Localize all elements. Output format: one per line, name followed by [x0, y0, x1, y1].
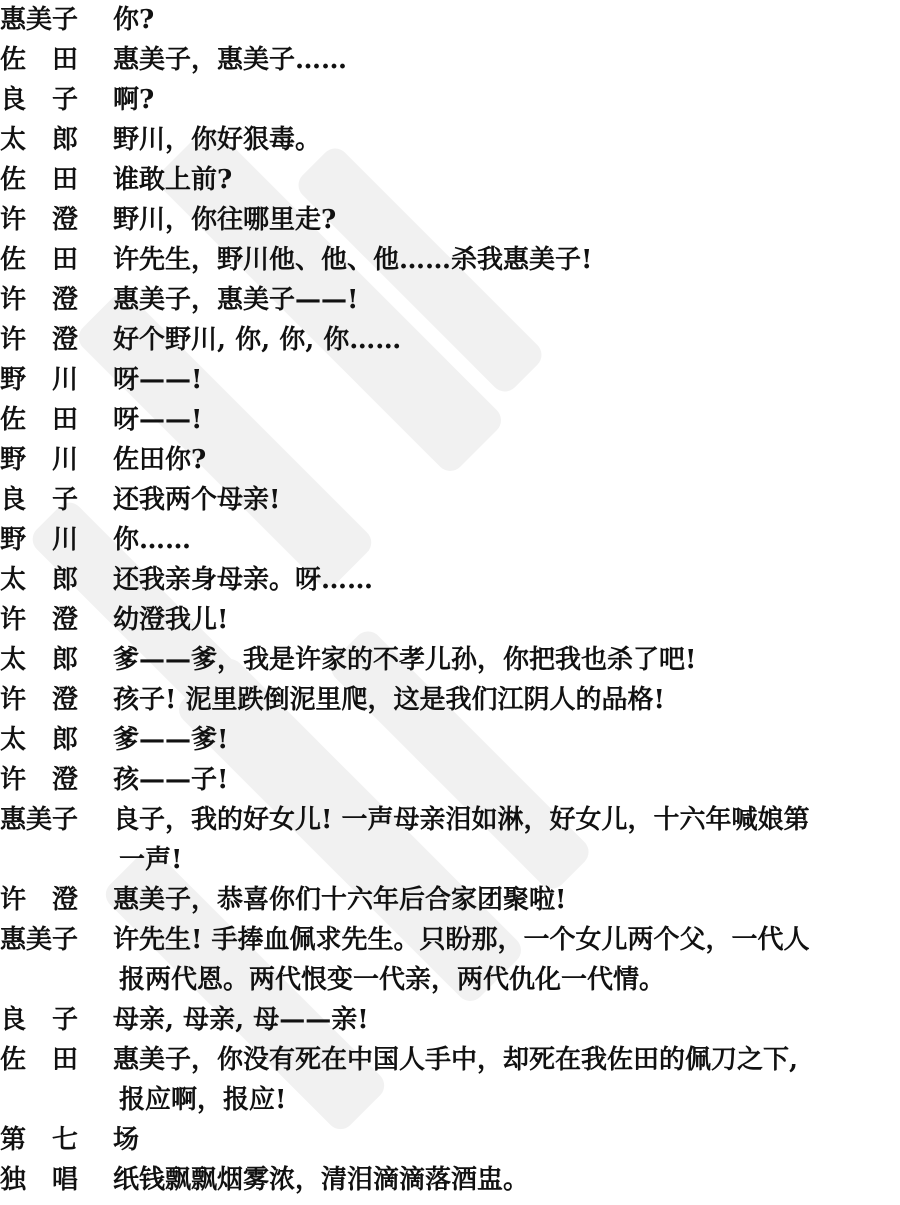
- dialogue-text: 良子，我的好女儿! 一声母亲泪如淋，好女儿，十六年喊娘第: [113, 805, 809, 835]
- speaker-name: 野 川: [0, 360, 113, 400]
- dialogue-text-continuation: 报两代恩。两代恨变一代亲，两代仇化一代情。: [113, 960, 873, 1000]
- dialogue-line: 许 澄 孩——子!: [0, 760, 900, 800]
- speaker-name: 太 郎: [0, 560, 113, 600]
- scene-label-suffix: 场: [113, 1120, 873, 1160]
- speaker-name: 许 澄: [0, 760, 113, 800]
- speaker-name: 许 澄: [0, 880, 113, 920]
- dialogue-line: 惠美子 许先生! 手捧血佩求先生。只盼那，一个女儿两个父，一代人 报两代恩。两代…: [0, 920, 900, 1000]
- dialogue-line: 许 澄 幼澄我儿!: [0, 600, 900, 640]
- dialogue-line: 佐 田 惠美子，惠美子……: [0, 40, 900, 80]
- dialogue-text-continuation: 一声!: [113, 840, 873, 880]
- speaker-name: 许 澄: [0, 680, 113, 720]
- dialogue-text: 惠美子，惠美子……: [113, 40, 873, 80]
- scene-label: 第 七: [0, 1120, 113, 1160]
- speaker-name: 太 郎: [0, 120, 113, 160]
- dialogue-line: 许 澄 野川，你往哪里走?: [0, 200, 900, 240]
- dialogue-text: 爹——爹!: [113, 720, 873, 760]
- speaker-name: 良 子: [0, 480, 113, 520]
- dialogue-text: 许先生，野川他、他、他……杀我惠美子!: [113, 240, 873, 280]
- dialogue-line: 野 川 佐田你?: [0, 440, 900, 480]
- dialogue-line: 太 郎 野川，你好狠毒。: [0, 120, 900, 160]
- speaker-name: 许 澄: [0, 320, 113, 360]
- dialogue-line: 太 郎 爹——爹，我是许家的不孝儿孙，你把我也杀了吧!: [0, 640, 900, 680]
- dialogue-line: 佐 田 惠美子，你没有死在中国人手中，却死在我佐田的佩刀之下, 报应啊，报应!: [0, 1040, 900, 1120]
- speaker-name: 太 郎: [0, 640, 113, 680]
- dialogue-line: 许 澄 孩子! 泥里跌倒泥里爬，这是我们江阴人的品格!: [0, 680, 900, 720]
- dialogue-text: 野川，你往哪里走?: [113, 200, 873, 240]
- speaker-name: 野 川: [0, 520, 113, 560]
- dialogue-line: 佐 田 许先生，野川他、他、他……杀我惠美子!: [0, 240, 900, 280]
- dialogue-line: 良 子 母亲, 母亲, 母——亲!: [0, 1000, 900, 1040]
- dialogue-line: 许 澄 好个野川, 你, 你, 你……: [0, 320, 900, 360]
- speaker-name: 良 子: [0, 1000, 113, 1040]
- dialogue-line: 许 澄 惠美子，惠美子——!: [0, 280, 900, 320]
- speaker-name: 惠美子: [0, 920, 113, 960]
- speaker-name: 许 澄: [0, 600, 113, 640]
- dialogue-text: 母亲, 母亲, 母——亲!: [113, 1000, 873, 1040]
- dialogue-text: 还我亲身母亲。呀……: [113, 560, 873, 600]
- dialogue-line: 惠美子 良子，我的好女儿! 一声母亲泪如淋，好女儿，十六年喊娘第 一声!: [0, 800, 900, 880]
- dialogue-text: 惠美子，你没有死在中国人手中，却死在我佐田的佩刀之下,: [113, 1045, 798, 1075]
- dialogue-text: 谁敢上前?: [113, 160, 873, 200]
- dialogue-text: 啊?: [113, 80, 873, 120]
- dialogue-line: 野 川 呀——!: [0, 360, 900, 400]
- dialogue-text: 孩子! 泥里跌倒泥里爬，这是我们江阴人的品格!: [113, 680, 873, 720]
- dialogue-line: 良 子 啊?: [0, 80, 900, 120]
- dialogue-line: 许 澄 惠美子，恭喜你们十六年后合家团聚啦!: [0, 880, 900, 920]
- speaker-name: 太 郎: [0, 720, 113, 760]
- script-page: 惠美子 你? 佐 田 惠美子，惠美子…… 良 子 啊? 太 郎 野川，你好狠毒。…: [0, 0, 900, 1200]
- scene-heading: 第 七 场: [0, 1120, 900, 1160]
- speaker-name: 许 澄: [0, 200, 113, 240]
- speaker-name: 惠美子: [0, 0, 113, 40]
- dialogue-text: 你……: [113, 520, 873, 560]
- speaker-name: 佐 田: [0, 160, 113, 200]
- dialogue-text: 好个野川, 你, 你, 你……: [113, 320, 873, 360]
- speaker-name: 独 唱: [0, 1160, 113, 1200]
- dialogue-text: 佐田你?: [113, 440, 873, 480]
- dialogue-text: 纸钱飘飘烟雾浓，清泪滴滴落酒盅。: [113, 1160, 873, 1200]
- dialogue-text: 惠美子，恭喜你们十六年后合家团聚啦!: [113, 880, 873, 920]
- speaker-name: 佐 田: [0, 240, 113, 280]
- dialogue-line: 惠美子 你?: [0, 0, 900, 40]
- dialogue-text: 呀——!: [113, 360, 873, 400]
- dialogue-line: 佐 田 谁敢上前?: [0, 160, 900, 200]
- speaker-name: 佐 田: [0, 1040, 113, 1080]
- dialogue-line: 太 郎 还我亲身母亲。呀……: [0, 560, 900, 600]
- speaker-name: 良 子: [0, 80, 113, 120]
- dialogue-text: 孩——子!: [113, 760, 873, 800]
- dialogue-line: 良 子 还我两个母亲!: [0, 480, 900, 520]
- dialogue-text: 爹——爹，我是许家的不孝儿孙，你把我也杀了吧!: [113, 640, 873, 680]
- speaker-name: 许 澄: [0, 280, 113, 320]
- dialogue-line: 野 川 你……: [0, 520, 900, 560]
- dialogue-text: 你?: [113, 0, 873, 40]
- dialogue-text-continuation: 报应啊，报应!: [113, 1080, 873, 1120]
- dialogue-line: 佐 田 呀——!: [0, 400, 900, 440]
- speaker-name: 野 川: [0, 440, 113, 480]
- dialogue-line: 独 唱 纸钱飘飘烟雾浓，清泪滴滴落酒盅。: [0, 1160, 900, 1200]
- speaker-name: 佐 田: [0, 40, 113, 80]
- dialogue-text: 野川，你好狠毒。: [113, 120, 873, 160]
- dialogue-line: 太 郎 爹——爹!: [0, 720, 900, 760]
- dialogue-text: 许先生! 手捧血佩求先生。只盼那，一个女儿两个父，一代人: [113, 925, 809, 955]
- dialogue-text: 呀——!: [113, 400, 873, 440]
- speaker-name: 惠美子: [0, 800, 113, 840]
- dialogue-text: 幼澄我儿!: [113, 600, 873, 640]
- dialogue-text: 惠美子，惠美子——!: [113, 280, 873, 320]
- speaker-name: 佐 田: [0, 400, 113, 440]
- dialogue-text: 还我两个母亲!: [113, 480, 873, 520]
